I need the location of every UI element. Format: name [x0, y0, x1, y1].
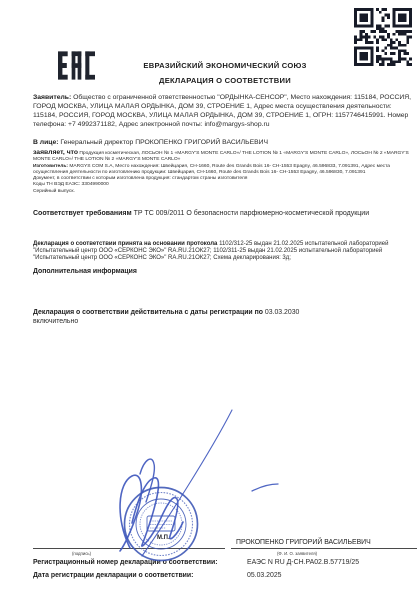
registration-date-value: 05.03.2025 — [247, 572, 282, 579]
declaration-document: ЕВРАЗИЙСКИЙ ЭКОНОМИЧЕСКИЙ СОЮЗ ДЕКЛАРАЦИ… — [0, 0, 420, 594]
validity-label: Декларация о соответствии действительна … — [33, 309, 263, 316]
protocol-label: Декларация о соответствии принята на осн… — [33, 241, 217, 247]
manufacturer-paragraph: Изготовитель: MARGYS COM S.A, Место нахо… — [33, 164, 413, 177]
qr-code — [354, 8, 412, 66]
product-block: заявляет, что Продукция косметическая, Л… — [33, 150, 413, 195]
additional-info-text: Дополнительная информация — [33, 268, 137, 275]
additional-info-label: Дополнительная информация — [33, 268, 413, 275]
product-text: Продукция косметическая, ЛОСЬОН № 1 «MAR… — [33, 151, 409, 162]
validity-date: 03.03.2030 — [265, 309, 300, 316]
page-title: ДЕКЛАРАЦИЯ О СООТВЕТСТВИИ — [30, 76, 420, 85]
document-header: ЕВРАЗИЙСКИЙ ЭКОНОМИЧЕСКИЙ СОЮЗ ДЕКЛАРАЦИ… — [30, 61, 420, 85]
compliance-paragraph: Соответствует требованиям ТР ТС 009/2011… — [33, 209, 393, 218]
compliance-label: Соответствует требованиям — [33, 210, 132, 217]
declares-label: заявляет, что — [33, 149, 78, 156]
manufacturer-label: Изготовитель: — [33, 164, 68, 169]
compliance-text: ТР ТС 009/2011 О безопасности парфюмерно… — [134, 210, 370, 217]
validity-suffix: включительно — [33, 318, 78, 325]
person-paragraph: В лице: Генеральный директор ПРОКОПЕНКО … — [33, 139, 413, 148]
union-title: ЕВРАЗИЙСКИЙ ЭКОНОМИЧЕСКИЙ СОЮЗ — [30, 61, 420, 70]
serial-release-text: Серийный выпуск. — [33, 189, 413, 195]
protocol-paragraph: Декларация о соответствии принята на осн… — [33, 241, 405, 262]
manufacturer-text: MARGYS COM S.A, Место нахождения: Швейца… — [33, 164, 390, 175]
applicant-signature-name: ПРОКОПЕНКО ГРИГОРИЙ ВАСИЛЬЕВИЧ — [236, 539, 371, 546]
person-text: Генеральный директор ПРОКОПЕНКО ГРИГОРИЙ… — [60, 139, 268, 146]
applicant-text: Общество с ограниченной ответственностью… — [33, 94, 411, 128]
stamp-place-label: М.П. — [157, 535, 170, 541]
applicant-paragraph: Заявитель: Общество с ограниченной ответ… — [33, 94, 413, 130]
validity-paragraph: Декларация о соответствии действительна … — [33, 308, 363, 326]
registration-date-label: Дата регистрации декларации о соответств… — [33, 572, 193, 579]
applicant-label: Заявитель: — [33, 94, 71, 101]
product-paragraph: заявляет, что Продукция косметическая, Л… — [33, 150, 413, 164]
person-label: В лице: — [33, 139, 59, 146]
